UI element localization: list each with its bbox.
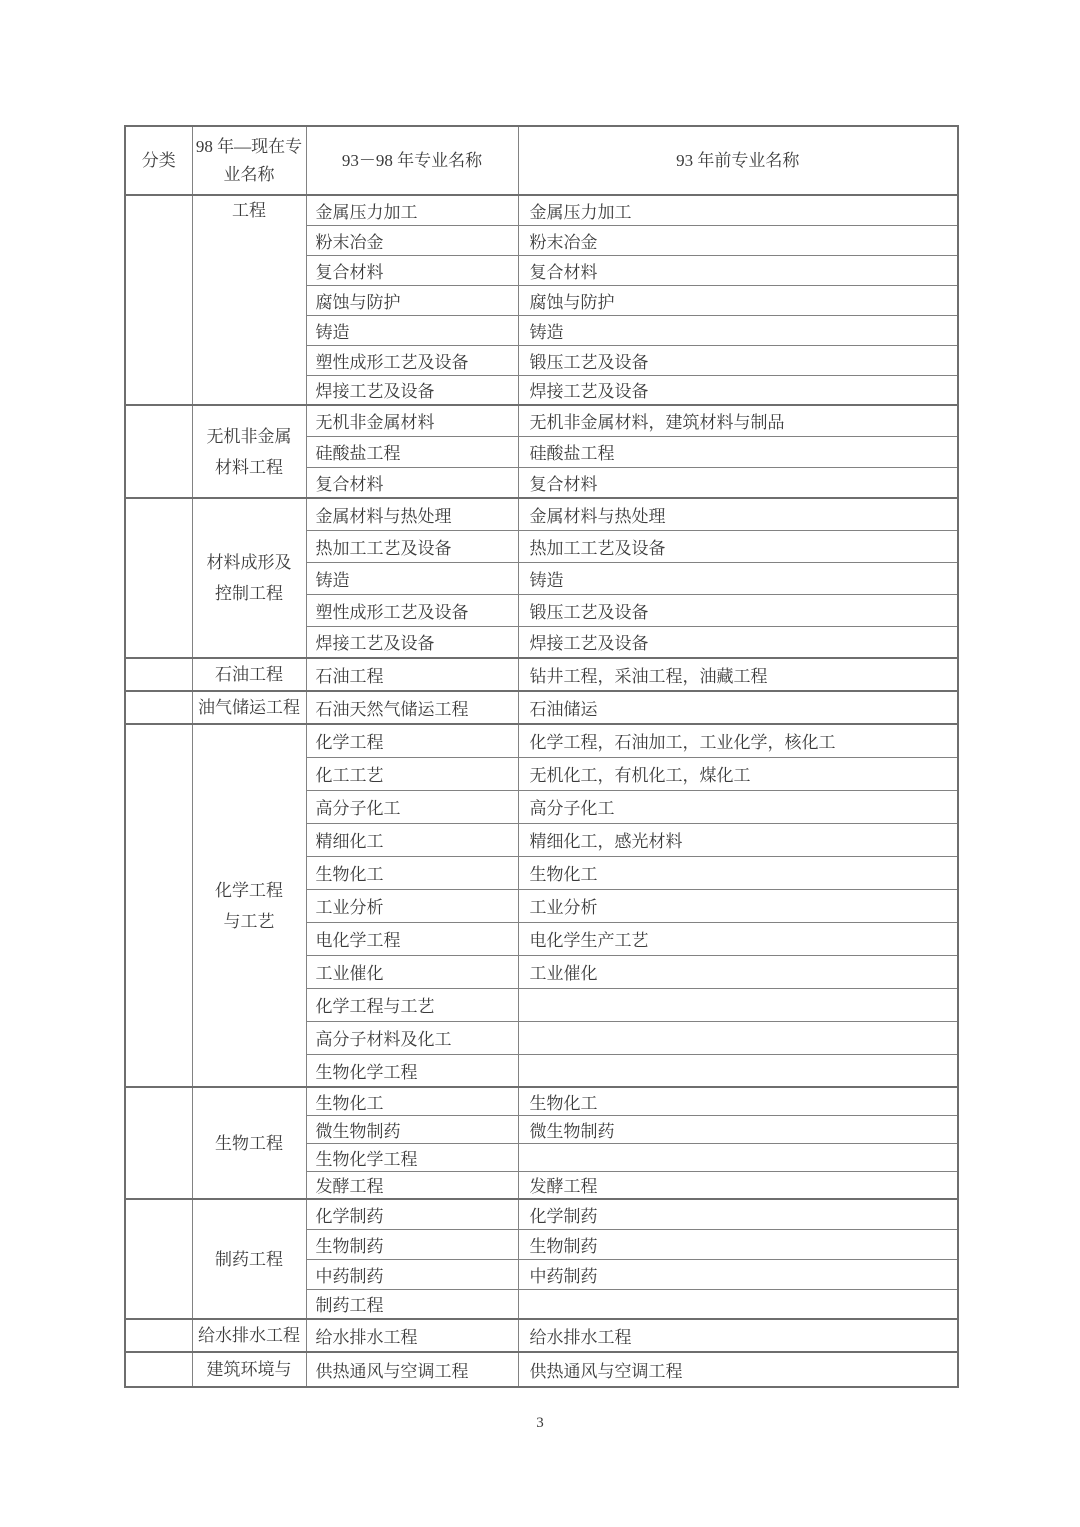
table-header-row: 分类 98 年—现在专 业名称 93－98 年专业名称 93 年前专业名称	[125, 126, 958, 195]
major-93-98-cell: 精细化工	[306, 823, 518, 856]
major-93-98-cell: 复合材料	[306, 467, 518, 498]
major-93-98-cell: 铸造	[306, 562, 518, 594]
major-pre-93-cell: 化学制药	[518, 1199, 958, 1229]
major-pre-93-cell	[518, 988, 958, 1021]
table-row: 化学工程 与工艺化学工程化学工程，石油加工，工业化学，核化工	[125, 724, 958, 757]
major-93-98-cell: 化学工程	[306, 724, 518, 757]
major-pre-93-cell: 焊接工艺及设备	[518, 375, 958, 405]
category-name-cell: 石油工程	[192, 658, 306, 691]
majors-table-body: 工程金属压力加工金属压力加工粉末冶金粉末冶金复合材料复合材料腐蚀与防护腐蚀与防护…	[125, 195, 958, 1387]
major-93-98-cell: 无机非金属材料	[306, 405, 518, 436]
major-pre-93-cell: 金属材料与热处理	[518, 498, 958, 530]
major-93-98-cell: 化学制药	[306, 1199, 518, 1229]
major-pre-93-cell: 复合材料	[518, 467, 958, 498]
major-pre-93-cell: 热加工工艺及设备	[518, 530, 958, 562]
major-pre-93-cell: 无机化工，有机化工，煤化工	[518, 757, 958, 790]
major-93-98-cell: 粉末冶金	[306, 225, 518, 255]
table-row: 建筑环境与供热通风与空调工程供热通风与空调工程	[125, 1352, 958, 1387]
major-pre-93-cell: 生物制药	[518, 1229, 958, 1259]
major-93-98-cell: 电化学工程	[306, 922, 518, 955]
major-pre-93-cell: 微生物制药	[518, 1115, 958, 1143]
major-93-98-cell: 制药工程	[306, 1289, 518, 1319]
major-93-98-cell: 塑性成形工艺及设备	[306, 594, 518, 626]
major-93-98-cell: 生物化学工程	[306, 1054, 518, 1087]
major-pre-93-cell: 硅酸盐工程	[518, 436, 958, 467]
major-93-98-cell: 硅酸盐工程	[306, 436, 518, 467]
table-row: 生物工程生物化工生物化工	[125, 1087, 958, 1115]
major-pre-93-cell: 工业分析	[518, 889, 958, 922]
major-pre-93-cell	[518, 1021, 958, 1054]
major-93-98-cell: 微生物制药	[306, 1115, 518, 1143]
page-number: 3	[0, 1415, 1080, 1432]
major-pre-93-cell: 金属压力加工	[518, 195, 958, 225]
major-93-98-cell: 生物化工	[306, 1087, 518, 1115]
category-name-cell: 工程	[192, 195, 306, 405]
major-93-98-cell: 高分子化工	[306, 790, 518, 823]
table-row: 石油工程石油工程钻井工程，采油工程，油藏工程	[125, 658, 958, 691]
major-pre-93-cell: 锻压工艺及设备	[518, 345, 958, 375]
major-pre-93-cell: 无机非金属材料，建筑材料与制品	[518, 405, 958, 436]
major-pre-93-cell: 复合材料	[518, 255, 958, 285]
table-row: 材料成形及 控制工程金属材料与热处理金属材料与热处理	[125, 498, 958, 530]
major-93-98-cell: 供热通风与空调工程	[306, 1352, 518, 1387]
classification-cell	[125, 658, 192, 691]
header-cell-classification: 分类	[125, 126, 192, 195]
major-pre-93-cell: 高分子化工	[518, 790, 958, 823]
major-pre-93-cell: 焊接工艺及设备	[518, 626, 958, 658]
category-name-cell: 生物工程	[192, 1087, 306, 1199]
table-row: 给水排水工程给水排水工程给水排水工程	[125, 1319, 958, 1352]
classification-cell	[125, 691, 192, 724]
major-93-98-cell: 石油天然气储运工程	[306, 691, 518, 724]
major-pre-93-cell	[518, 1143, 958, 1171]
major-93-98-cell: 腐蚀与防护	[306, 285, 518, 315]
major-pre-93-cell: 粉末冶金	[518, 225, 958, 255]
classification-cell	[125, 724, 192, 1087]
header-cell-pre-93: 93 年前专业名称	[518, 126, 958, 195]
category-name-cell: 制药工程	[192, 1199, 306, 1319]
major-pre-93-cell: 供热通风与空调工程	[518, 1352, 958, 1387]
major-93-98-cell: 发酵工程	[306, 1171, 518, 1199]
major-93-98-cell: 金属材料与热处理	[306, 498, 518, 530]
classification-cell	[125, 498, 192, 658]
major-93-98-cell: 工业分析	[306, 889, 518, 922]
document-page: 分类 98 年—现在专 业名称 93－98 年专业名称 93 年前专业名称 工程…	[0, 0, 1080, 1527]
major-93-98-cell: 金属压力加工	[306, 195, 518, 225]
header-cell-98-to-now: 98 年—现在专 业名称	[192, 126, 306, 195]
major-93-98-cell: 化学工程与工艺	[306, 988, 518, 1021]
classification-cell	[125, 405, 192, 498]
major-93-98-cell: 生物制药	[306, 1229, 518, 1259]
table-row: 制药工程化学制药化学制药	[125, 1199, 958, 1229]
major-pre-93-cell	[518, 1289, 958, 1319]
major-93-98-cell: 焊接工艺及设备	[306, 626, 518, 658]
category-name-cell: 无机非金属 材料工程	[192, 405, 306, 498]
category-name-cell: 材料成形及 控制工程	[192, 498, 306, 658]
header-cell-93-98: 93－98 年专业名称	[306, 126, 518, 195]
major-93-98-cell: 塑性成形工艺及设备	[306, 345, 518, 375]
major-93-98-cell: 高分子材料及化工	[306, 1021, 518, 1054]
major-pre-93-cell: 生物化工	[518, 1087, 958, 1115]
classification-cell	[125, 1352, 192, 1387]
major-pre-93-cell: 石油储运	[518, 691, 958, 724]
table-row: 油气储运工程石油天然气储运工程石油储运	[125, 691, 958, 724]
category-name-cell: 油气储运工程	[192, 691, 306, 724]
major-93-98-cell: 石油工程	[306, 658, 518, 691]
classification-cell	[125, 195, 192, 405]
major-93-98-cell: 生物化工	[306, 856, 518, 889]
major-pre-93-cell: 给水排水工程	[518, 1319, 958, 1352]
major-93-98-cell: 工业催化	[306, 955, 518, 988]
major-pre-93-cell: 精细化工，感光材料	[518, 823, 958, 856]
major-93-98-cell: 热加工工艺及设备	[306, 530, 518, 562]
major-93-98-cell: 焊接工艺及设备	[306, 375, 518, 405]
major-93-98-cell: 铸造	[306, 315, 518, 345]
major-pre-93-cell: 腐蚀与防护	[518, 285, 958, 315]
major-93-98-cell: 化工工艺	[306, 757, 518, 790]
major-93-98-cell: 复合材料	[306, 255, 518, 285]
classification-cell	[125, 1087, 192, 1199]
major-93-98-cell: 中药制药	[306, 1259, 518, 1289]
majors-mapping-table: 分类 98 年—现在专 业名称 93－98 年专业名称 93 年前专业名称 工程…	[124, 125, 959, 1388]
major-pre-93-cell: 铸造	[518, 562, 958, 594]
major-pre-93-cell: 生物化工	[518, 856, 958, 889]
major-pre-93-cell: 化学工程，石油加工，工业化学，核化工	[518, 724, 958, 757]
category-name-cell: 建筑环境与	[192, 1352, 306, 1387]
major-pre-93-cell: 电化学生产工艺	[518, 922, 958, 955]
table-row: 工程金属压力加工金属压力加工	[125, 195, 958, 225]
major-93-98-cell: 给水排水工程	[306, 1319, 518, 1352]
major-pre-93-cell: 铸造	[518, 315, 958, 345]
major-pre-93-cell: 发酵工程	[518, 1171, 958, 1199]
classification-cell	[125, 1199, 192, 1319]
major-93-98-cell: 生物化学工程	[306, 1143, 518, 1171]
major-pre-93-cell: 锻压工艺及设备	[518, 594, 958, 626]
category-name-cell: 给水排水工程	[192, 1319, 306, 1352]
major-pre-93-cell: 工业催化	[518, 955, 958, 988]
category-name-cell: 化学工程 与工艺	[192, 724, 306, 1087]
classification-cell	[125, 1319, 192, 1352]
table-row: 无机非金属 材料工程无机非金属材料无机非金属材料，建筑材料与制品	[125, 405, 958, 436]
major-pre-93-cell: 中药制药	[518, 1259, 958, 1289]
major-pre-93-cell: 钻井工程，采油工程，油藏工程	[518, 658, 958, 691]
major-pre-93-cell	[518, 1054, 958, 1087]
